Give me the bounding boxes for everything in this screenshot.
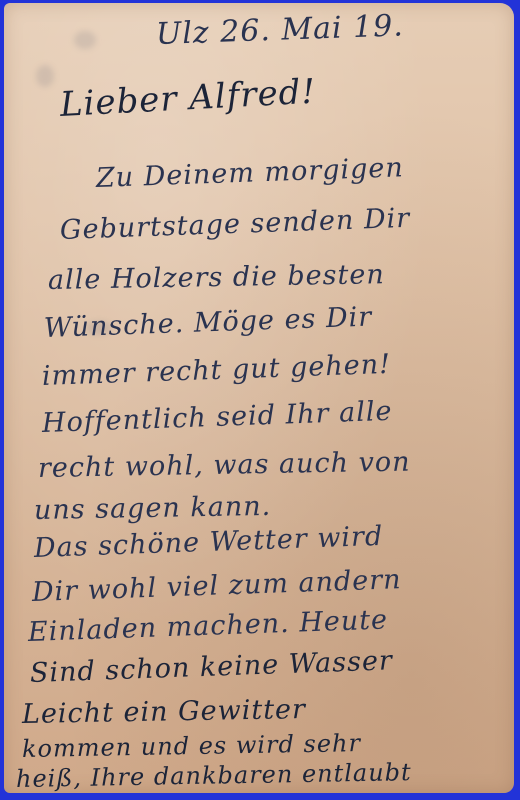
date-line: Ulz 26. Mai 19. [155, 8, 404, 52]
letter-line: Das schöne Wetter wird [33, 521, 383, 564]
letter-line: Einladen machen. Heute [27, 604, 388, 648]
letter-line: Sind schon keine Wasser [29, 645, 393, 689]
letter-line: recht wohl, was auch von [38, 447, 411, 484]
photo-background: Ulz 26. Mai 19. Lieber Alfred! Zu Deinem… [0, 0, 520, 800]
paper-stain [36, 65, 54, 87]
salutation: Lieber Alfred! [59, 72, 317, 125]
letter-line: Hoffentlich seid Ihr alle [41, 396, 392, 439]
letter-line: Geburtstage senden Dir [59, 203, 410, 246]
letter-line: immer recht gut gehen! [41, 349, 391, 392]
letter-line: Zu Deinem morgigen [95, 152, 404, 194]
letter-line: Wünsche. Möge es Dir [43, 302, 372, 344]
letter-line: heiß, Ihre dankbaren entlaubt [16, 758, 412, 793]
letter-line: kommen und es wird sehr [22, 729, 361, 763]
letter-line: uns sagen kann. [34, 491, 272, 526]
paper-stain [74, 31, 96, 49]
letter-line: Dir wohl viel zum andern [31, 564, 402, 608]
postcard: Ulz 26. Mai 19. Lieber Alfred! Zu Deinem… [4, 3, 514, 793]
letter-line: alle Holzers die besten [48, 259, 385, 296]
letter-line: Leicht ein Gewitter [22, 694, 306, 730]
